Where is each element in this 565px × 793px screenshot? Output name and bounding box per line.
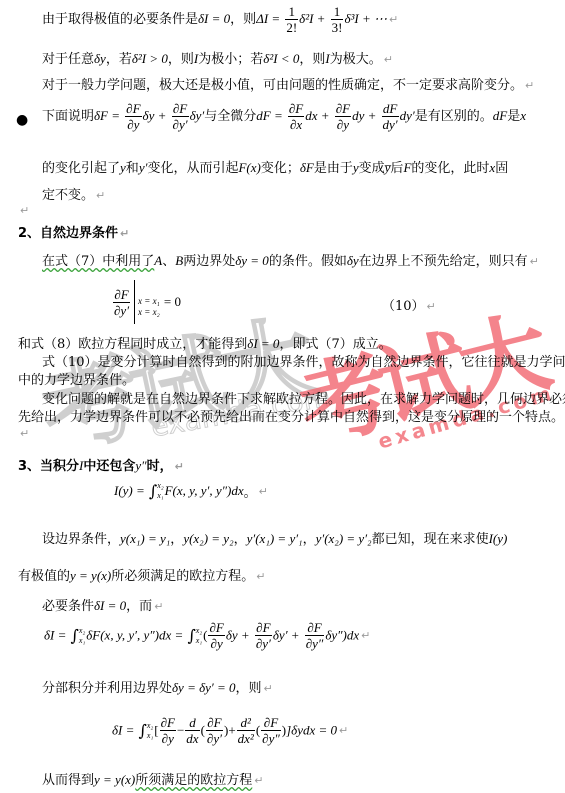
paragraph-mark-icon: ↵ <box>427 300 436 313</box>
section2-para-3b: 中的力学边界条件。 <box>18 369 135 388</box>
paragraph-mark-icon: ↵ <box>20 204 29 217</box>
bullet-line-1: 下面说明δF = ∂F∂yδy + ∂F∂y′δy′与全微分dF = ∂F∂xd… <box>42 101 526 132</box>
section2-para-2: 和式（8）欧拉方程同时成立，才能得到δI = 0，即式（7）成立。 <box>18 333 392 352</box>
paragraph-mark-icon: ↵ <box>525 79 534 92</box>
section3-para-2: 有极值的y = y(x)所必须满足的欧拉方程。↵ <box>18 565 266 584</box>
paragraph-mark-icon: ↵ <box>384 53 393 66</box>
equation-10: ∂F∂y′x = x₁x = x₂ = 0 <box>112 280 181 324</box>
paragraph-mark-icon: ↵ <box>154 600 163 613</box>
section3-para-5: 从而得到y = y(x)所须满足的欧拉方程↵ <box>42 769 264 788</box>
paragraph-mark-icon: ↵ <box>175 460 184 473</box>
math: δI = 0 <box>198 11 230 26</box>
section3-para-3: 必要条件δI = 0，而↵ <box>42 595 163 614</box>
bullet-line-2: 的变化引起了y和y′变化，从而引起F(x)变化；δF是由于y变成y̅后F的变化，… <box>42 157 508 176</box>
section3-para-1: 设边界条件，y(x₁) = y₁，y(x₂) = y₂，y′(x₁) = y′₁… <box>42 528 507 547</box>
fraction: 12! <box>285 4 298 35</box>
para-extremum-condition: 由于取得极值的必要条件是δI = 0，则ΔI = 12!δ²I + 13!δ³I… <box>42 4 398 35</box>
math: δ³I + ⋯ <box>344 11 387 26</box>
paragraph-mark-icon: ↵ <box>530 255 539 268</box>
paragraph-mark-icon: ↵ <box>256 570 265 583</box>
section3-para-4: 分部积分并利用边界处δy = δy′ = 0，则↵ <box>42 677 273 696</box>
paragraph-mark-icon: ↵ <box>254 774 263 787</box>
fraction: 13! <box>331 4 344 35</box>
paragraph-mark-icon: ↵ <box>339 724 348 737</box>
section2-para-1: 在式（7）中利用了A、B两边界处δy = 0的条件。假如δy在边界上不预先给定，… <box>42 250 539 269</box>
section2-para-3: 式（10）是变分计算时自然得到的附加边界条件，故称为自然边界条件，它往往就是力学… <box>42 351 565 370</box>
equation-10-label: （10）↵ <box>382 295 436 314</box>
para-general-mechanics: 对于一般力学问题，极大还是极小值，可由问题的性质确定，不一定要求高阶变分。↵ <box>42 74 534 93</box>
text: 由于取得极值的必要条件是 <box>42 12 198 27</box>
bullet-marker: ● <box>16 112 28 128</box>
section2-para-4: 变化问题的解就是在自然边界条件下求解欧拉方程。因此，在求解力学问题时，几何边界必… <box>42 388 565 407</box>
para-min-max: 对于任意δy，若δ²I > 0，则I为极小；若δ²I < 0，则I为极大。↵ <box>42 48 393 67</box>
paragraph-mark-icon: ↵ <box>259 485 268 498</box>
bullet-icon: ● <box>16 112 28 128</box>
equation-first-variation: δI = ∫x₂x₁δF(x, y, y′, y″)dx = ∫x₂x₁(∂F∂… <box>44 620 370 651</box>
bullet-line-3: 定不变。↵ <box>42 184 105 203</box>
math: ΔI = <box>256 11 280 26</box>
equation-euler-poisson: δI = ∫x₂x₁[∂F∂y−ddx(∂F∂y′)+d²dx²(∂F∂y″)]… <box>112 715 348 746</box>
paragraph-mark-icon: ↵ <box>20 427 29 440</box>
section-heading-second-derivative: 3、当积分I中还包含y″时，↵ <box>18 455 184 474</box>
paragraph-mark-icon: ↵ <box>389 13 398 26</box>
equation-functional: I(y) = ∫x₂x₁F(x, y, y′, y″)dx。↵ <box>114 481 268 501</box>
math: δ²I + <box>299 11 325 26</box>
paragraph-mark-icon: ↵ <box>264 682 273 695</box>
section-heading-natural-boundary: 2、自然边界条件↵ <box>18 222 129 241</box>
section2-para-4b: 先给出，力学边界条件可以不必预先给出而在变分计算中自然得到，这是变分原理的一个特… <box>18 406 565 425</box>
paragraph-mark-icon: ↵ <box>96 189 105 202</box>
text: ，则 <box>230 12 256 27</box>
paragraph-mark-icon: ↵ <box>361 629 370 642</box>
empty-paragraph: ↵ <box>18 426 29 441</box>
paragraph-mark-icon: ↵ <box>120 227 129 240</box>
empty-paragraph: ↵ <box>18 203 29 218</box>
